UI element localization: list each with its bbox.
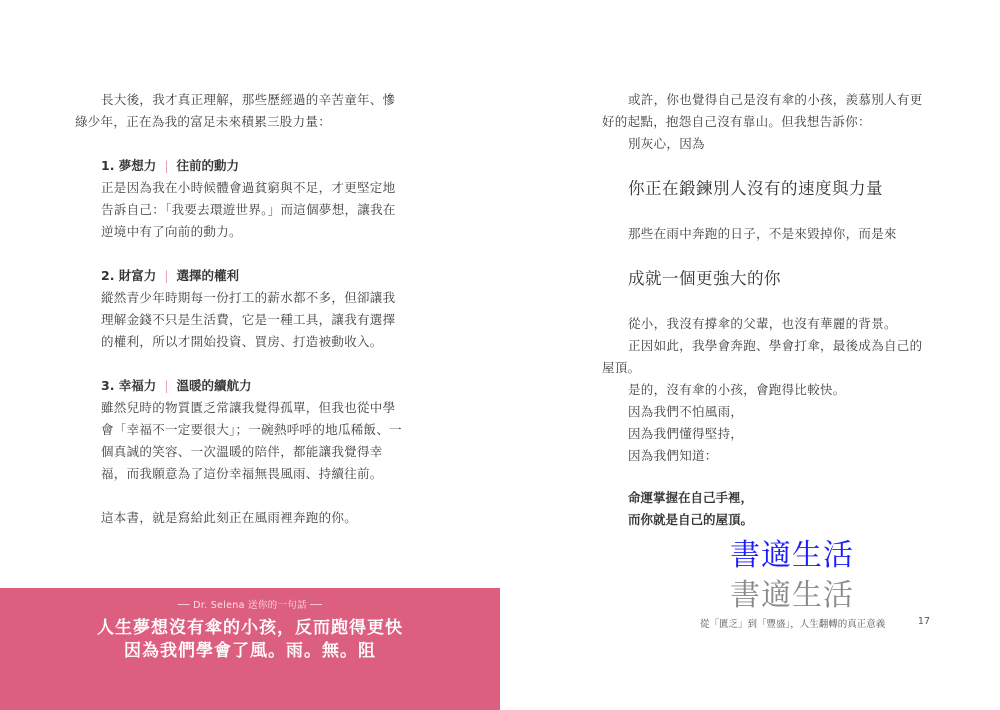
section-subtitle: 溫暖的續航力	[177, 378, 252, 393]
page-footer: 從「匱乏」到「豐盛」，人生翻轉的真正意義 17	[700, 616, 930, 630]
paragraph: 因為我們不怕風雨，	[602, 401, 932, 423]
section-number-title: 1. 夢想力	[101, 158, 156, 173]
intro-paragraph: 長大後，我才真正理解，那些歷經過的辛苦童年、慘綠少年，正在為我的富足未來積累三股…	[75, 89, 403, 133]
closing-paragraph: 這本書，就是寫給此刻正在風雨裡奔跑的你。	[101, 507, 403, 529]
quote-line-2: 因為我們學會了風。雨。無。阻	[0, 640, 500, 663]
quote-line-1: 人生夢想沒有傘的小孩，反而跑得更快	[0, 617, 500, 640]
section-dream-power: 1. 夢想力|往前的動力 正是因為我在小時候體會過貧窮與不足，才更堅定地告訴自己…	[101, 155, 403, 243]
footer-title: 從「匱乏」到「豐盛」，人生翻轉的真正意義	[700, 616, 885, 630]
emphasis-heading-2: 成就一個更強大的你	[628, 265, 932, 293]
section-subtitle: 往前的動力	[177, 158, 240, 173]
section-separator: |	[164, 158, 168, 173]
section-number-title: 3. 幸福力	[101, 378, 156, 393]
section-heading: 2. 財富力|選擇的權利	[101, 265, 403, 287]
paragraph: 因為我們懂得堅持，	[602, 423, 932, 445]
paragraph: 因為我們知道：	[602, 445, 932, 467]
section-wealth-power: 2. 財富力|選擇的權利 縱然青少年時期每一份打工的薪水都不多，但卻讓我理解金錢…	[101, 265, 403, 353]
paragraph: 是的，沒有傘的小孩，會跑得比較快。	[602, 379, 932, 401]
paragraph: 從小，我沒有撐傘的父輩，也沒有華麗的背景。	[602, 313, 932, 335]
section-happiness-power: 3. 幸福力|溫暖的續航力 雖然兒時的物質匱乏常讓我覺得孤單，但我也從中學會「幸…	[101, 375, 403, 485]
bold-line-1: 命運掌握在自己手裡，	[628, 487, 932, 509]
page-number: 17	[918, 616, 930, 630]
section-separator: |	[164, 378, 168, 393]
quote-box: ── Dr. Selena 送你的一句話 ── 人生夢想沒有傘的小孩，反而跑得更…	[0, 588, 500, 710]
emphasis-heading-1: 你正在鍛鍊別人沒有的速度與力量	[628, 175, 932, 203]
section-body: 雖然兒時的物質匱乏常讓我覺得孤單，但我也從中學會「幸福不一定要很大」；一碗熱呼呼…	[101, 397, 403, 485]
right-text-column: 或許，你也覺得自己是沒有傘的小孩，羨慕別人有更好的起點，抱怨自己沒有靠山。但我想…	[602, 89, 932, 531]
section-subtitle: 選擇的權利	[177, 268, 240, 283]
paragraph: 或許，你也覺得自己是沒有傘的小孩，羨慕別人有更好的起點，抱怨自己沒有靠山。但我想…	[602, 89, 932, 133]
paragraph: 正因如此，我學會奔跑、學會打傘，最後成為自己的屋頂。	[602, 335, 932, 379]
section-number-title: 2. 財富力	[101, 268, 156, 283]
section-heading: 3. 幸福力|溫暖的續航力	[101, 375, 403, 397]
watermark-logo-blue: 書適生活	[730, 530, 854, 574]
right-page: 或許，你也覺得自己是沒有傘的小孩，羨慕別人有更好的起點，抱怨自己沒有靠山。但我想…	[500, 0, 1000, 710]
section-heading: 1. 夢想力|往前的動力	[101, 155, 403, 177]
section-separator: |	[164, 268, 168, 283]
quote-label: ── Dr. Selena 送你的一句話 ──	[0, 597, 500, 611]
bold-line-2: 而你就是自己的屋頂。	[628, 509, 932, 531]
section-body: 正是因為我在小時候體會過貧窮與不足，才更堅定地告訴自己：「我要去環遊世界。」而這…	[101, 177, 403, 243]
left-page: 長大後，我才真正理解，那些歷經過的辛苦童年、慘綠少年，正在為我的富足未來積累三股…	[0, 0, 500, 710]
left-text-column: 長大後，我才真正理解，那些歷經過的辛苦童年、慘綠少年，正在為我的富足未來積累三股…	[75, 89, 403, 529]
paragraph: 那些在雨中奔跑的日子，不是來毀掉你，而是來	[602, 223, 932, 245]
paragraph: 別灰心，因為	[602, 133, 932, 155]
watermark-logo-gray: 書適生活	[730, 570, 854, 614]
section-body: 縱然青少年時期每一份打工的薪水都不多，但卻讓我理解金錢不只是生活費，它是一種工具…	[101, 287, 403, 353]
